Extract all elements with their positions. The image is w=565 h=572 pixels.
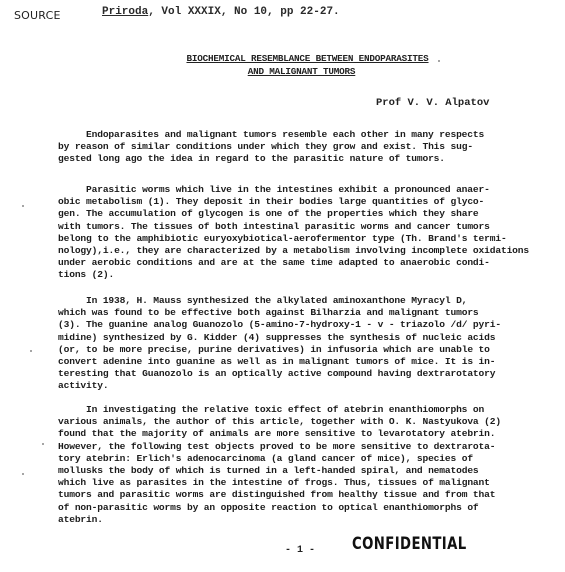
scan-speck: [438, 60, 440, 62]
text-line: convert adenine into guanine as well as …: [58, 356, 558, 368]
document-page: SOURCE Priroda, Vol XXXIX, No 10, pp 22-…: [0, 0, 565, 572]
classification-stamp: CONFIDENTIAL: [352, 534, 467, 554]
scan-speck: [30, 350, 32, 352]
text-line: However, the following test objects prov…: [58, 441, 558, 453]
scan-speck: [22, 205, 24, 207]
text-line: various animals, the author of this arti…: [58, 416, 558, 428]
title-line-2: AND MALIGNANT TUMORS: [38, 65, 565, 78]
text-line: In investigating the relative toxic effe…: [58, 404, 558, 416]
journal-name: Priroda: [102, 6, 148, 18]
text-line: which was found to be effective both aga…: [58, 307, 558, 319]
text-line: under aerobic conditions and are at the …: [58, 257, 558, 269]
source-citation: Priroda, Vol XXXIX, No 10, pp 22-27.: [102, 6, 340, 18]
text-line: gen. The accumulation of glycogen is one…: [58, 208, 558, 220]
source-label: SOURCE: [14, 9, 61, 22]
text-line: found that the majority of animals are m…: [58, 428, 558, 440]
page-number: - 1 -: [285, 545, 315, 556]
text-line: In 1938, H. Mauss synthesized the alkyla…: [58, 295, 558, 307]
title-line-1: BIOCHEMICAL RESEMBLANCE BETWEEN ENDOPARA…: [50, 52, 565, 65]
text-line: tory atebrin: Erlich's adenocarcinoma (a…: [58, 453, 558, 465]
text-line: nology),i.e., they are characterized by …: [58, 245, 558, 257]
paragraph-4: In investigating the relative toxic effe…: [58, 404, 558, 526]
text-line: (or, to be more precise, purine derivati…: [58, 344, 558, 356]
paragraph-1: Endoparasites and malignant tumors resem…: [58, 129, 558, 166]
text-line: activity.: [58, 380, 558, 392]
paragraph-2: Parasitic worms which live in the intest…: [58, 184, 558, 282]
text-line: which live as parasites in the intestine…: [58, 477, 558, 489]
text-line: atebrin.: [58, 514, 558, 526]
paragraph-3: In 1938, H. Mauss synthesized the alkyla…: [58, 295, 558, 393]
text-line: with tumors. The tissues of both intesti…: [58, 221, 558, 233]
text-line: gested long ago the idea in regard to th…: [58, 153, 558, 165]
text-line: Endoparasites and malignant tumors resem…: [58, 129, 558, 141]
text-line: of non-parasitic worms by an opposite re…: [58, 502, 558, 514]
text-line: (3). The guanine analog Guanozolo (5-ami…: [58, 319, 558, 331]
citation-details: , Vol XXXIX, No 10, pp 22-27.: [148, 6, 339, 18]
text-line: midine) synthesized by G. Kidder (4) sup…: [58, 332, 558, 344]
text-line: Parasitic worms which live in the intest…: [58, 184, 558, 196]
text-line: belong to the amphibiotic euryoxybiotica…: [58, 233, 558, 245]
scan-speck: [22, 473, 24, 475]
author-byline: Prof V. V. Alpatov: [376, 97, 489, 109]
text-line: tions (2).: [58, 269, 558, 281]
article-title: BIOCHEMICAL RESEMBLANCE BETWEEN ENDOPARA…: [0, 52, 565, 78]
text-line: obic metabolism (1). They deposit in the…: [58, 196, 558, 208]
text-line: tumors and parasitic worms are distingui…: [58, 489, 558, 501]
text-line: by reason of similar conditions under wh…: [58, 141, 558, 153]
text-line: teresting that Guanozolo is an optically…: [58, 368, 558, 380]
scan-speck: [42, 443, 44, 445]
text-line: mollusks the body of which is turned in …: [58, 465, 558, 477]
